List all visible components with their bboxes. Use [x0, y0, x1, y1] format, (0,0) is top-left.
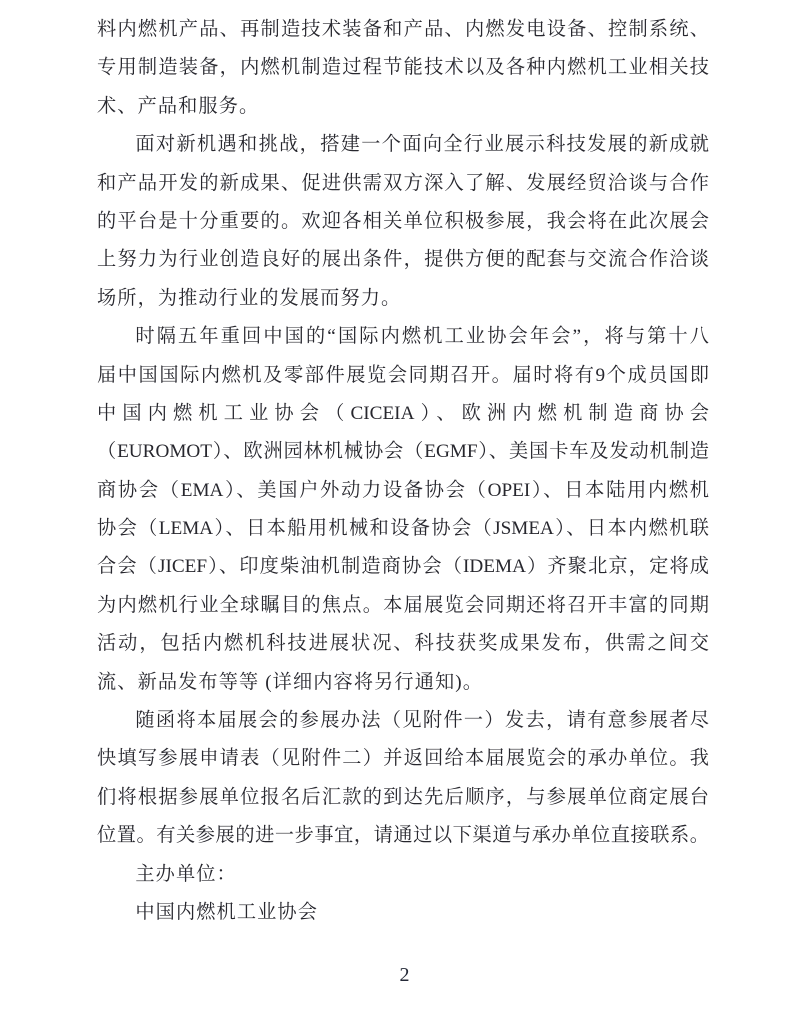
- page-number: 2: [0, 960, 809, 990]
- text-line: 的平台是十分重要的。欢迎各相关单位积极参展，我会将在此次展会: [97, 203, 709, 241]
- text-line: 时隔五年重回中国的“国际内燃机工业协会年会”，将与第十八: [97, 318, 709, 356]
- text-line: 专用制造装备，内燃机制造过程节能技术以及各种内燃机工业相关技: [97, 49, 709, 87]
- text-line: 中国内燃机工业协会（CICEIA）、欧洲内燃机制造商协会: [97, 395, 709, 433]
- text-line: 们将根据参展单位报名后汇款的到达先后顺序，与参展单位商定展台: [97, 779, 709, 817]
- text-line: （EUROMOT）、欧洲园林机械协会（EGMF）、美国卡车及发动机制造: [97, 433, 709, 471]
- text-line: 协会（LEMA）、日本船用机械和设备协会（JSMEA）、日本内燃机联: [97, 510, 709, 548]
- text-line: 快填写参展申请表（见附件二）并返回给本届展览会的承办单位。我: [97, 740, 709, 778]
- document-body: 料内燃机产品、再制造技术装备和产品、内燃发电设备、控制系统、 专用制造装备，内燃…: [97, 11, 709, 932]
- text-line: 商协会（EMA）、美国户外动力设备协会（OPEI）、日本陆用内燃机: [97, 472, 709, 510]
- text-line: 届中国国际内燃机及零部件展览会同期召开。届时将有9个成员国即: [97, 357, 709, 395]
- text-line: 为内燃机行业全球瞩目的焦点。本届展览会同期还将召开丰富的同期: [97, 587, 709, 625]
- text-line: 场所，为推动行业的发展而努力。: [97, 280, 709, 318]
- text-line: 面对新机遇和挑战，搭建一个面向全行业展示科技发展的新成就: [97, 126, 709, 164]
- text-line: 位置。有关参展的进一步事宜，请通过以下渠道与承办单位直接联系。: [97, 817, 709, 855]
- text-line: 料内燃机产品、再制造技术装备和产品、内燃发电设备、控制系统、: [97, 11, 709, 49]
- document-screenshot: { "document": { "lines": [ "料内燃机产品、再制造技术…: [0, 0, 809, 1022]
- text-line: 中国内燃机工业协会: [97, 894, 709, 932]
- text-line: 流、新品发布等等 (详细内容将另行通知)。: [97, 664, 709, 702]
- text-line: 主办单位：: [97, 856, 709, 894]
- document-page: 料内燃机产品、再制造技术装备和产品、内燃发电设备、控制系统、 专用制造装备，内燃…: [0, 0, 809, 1022]
- text-line: 合会（JICEF）、印度柴油机制造商协会（IDEMA）齐聚北京，定将成: [97, 548, 709, 586]
- text-line: 活动，包括内燃机科技进展状况、科技获奖成果发布，供需之间交: [97, 625, 709, 663]
- text-line: 上努力为行业创造良好的展出条件，提供方便的配套与交流合作洽谈: [97, 241, 709, 279]
- text-line: 随函将本届展会的参展办法（见附件一）发去，请有意参展者尽: [97, 702, 709, 740]
- text-line: 和产品开发的新成果、促进供需双方深入了解、发展经贸洽谈与合作: [97, 165, 709, 203]
- text-line: 术、产品和服务。: [97, 88, 709, 126]
